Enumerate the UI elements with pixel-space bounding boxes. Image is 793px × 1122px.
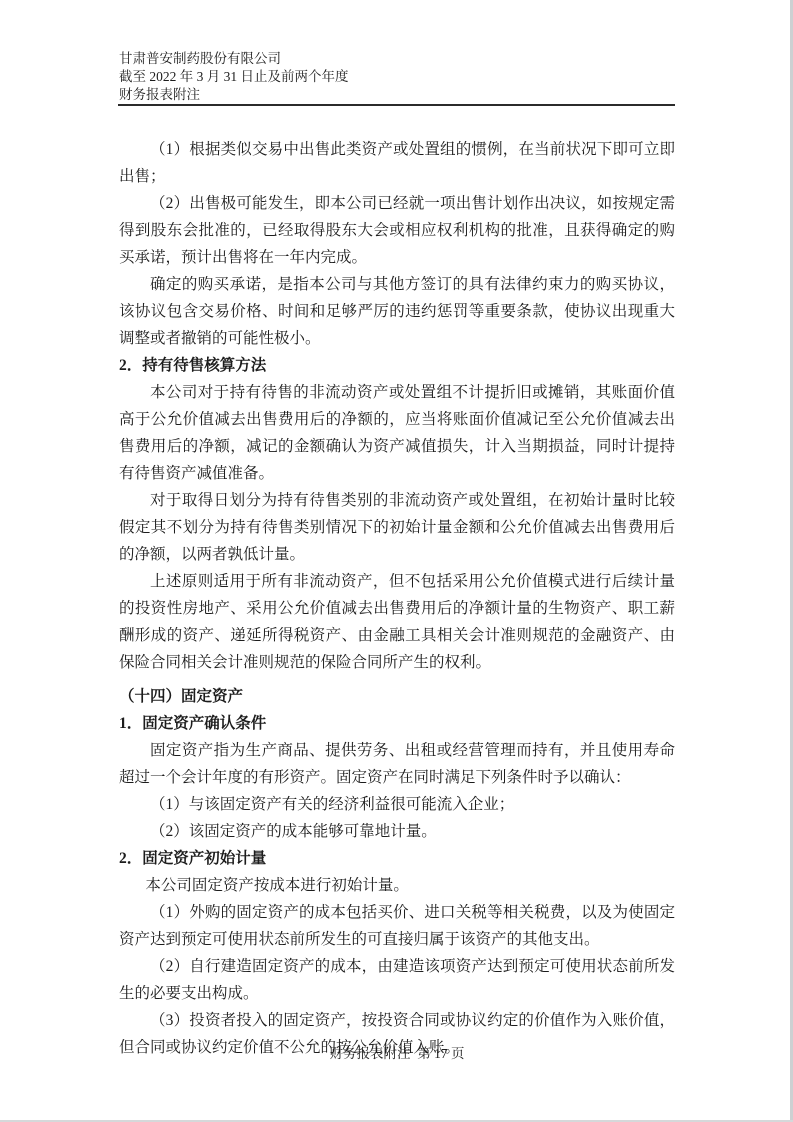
paragraph: 确定的购买承诺，是指本公司与其他方签订的具有法律约束力的购买协议，该协议包含交易… xyxy=(119,271,675,352)
page-footer: 财务报表附注第 17 页 xyxy=(119,1042,675,1062)
paragraph: （1）与该固定资产有关的经济利益很可能流入企业； xyxy=(119,791,675,818)
paragraph: 固定资产指为生产商品、提供劳务、出租或经营管理而持有，并且使用寿命超过一个会计年… xyxy=(119,737,675,791)
header-divider-rule xyxy=(118,104,675,106)
header-doc-title: 财务报表附注 xyxy=(119,86,349,104)
paragraph: 本公司对于持有待售的非流动资产或处置组不计提折旧或摊销，其账面价值高于公允价值减… xyxy=(119,379,675,487)
heading: 2．持有待售核算方法 xyxy=(119,352,675,379)
document-page: 甘肃普安制药股份有限公司 截至 2022 年 3 月 31 日止及前两个年度 财… xyxy=(0,0,793,1122)
paragraph: 本公司固定资产按成本进行初始计量。 xyxy=(119,872,675,899)
paragraph: （2）该固定资产的成本能够可靠地计量。 xyxy=(119,818,675,845)
header-period-line: 截至 2022 年 3 月 31 日止及前两个年度 xyxy=(119,68,349,86)
paragraph: 上述原则适用于所有非流动资产，但不包括采用公允价值模式进行后续计量的投资性房地产… xyxy=(119,568,675,676)
paragraph: （2）出售极可能发生，即本公司已经就一项出售计划作出决议，如按规定需得到股东会批… xyxy=(119,190,675,271)
footer-doc-title: 财务报表附注 xyxy=(330,1046,411,1061)
heading: 1．固定资产确认条件 xyxy=(119,710,675,737)
paragraph: 对于取得日划分为持有待售类别的非流动资产或处置组，在初始计量时比较假定其不划分为… xyxy=(119,487,675,568)
paragraph: （1）根据类似交易中出售此类资产或处置组的惯例，在当前状况下即可立即出售； xyxy=(119,136,675,190)
header-company-name: 甘肃普安制药股份有限公司 xyxy=(119,50,349,68)
heading: 2．固定资产初始计量 xyxy=(119,845,675,872)
paragraph: （2）自行建造固定资产的成本，由建造该项资产达到预定可使用状态前所发生的必要支出… xyxy=(119,953,675,1007)
document-header: 甘肃普安制药股份有限公司 截至 2022 年 3 月 31 日止及前两个年度 财… xyxy=(119,50,349,104)
footer-page-number: 第 17 页 xyxy=(417,1046,464,1061)
document-body: （1）根据类似交易中出售此类资产或处置组的惯例，在当前状况下即可立即出售；（2）… xyxy=(119,136,675,1061)
paragraph: （1）外购的固定资产的成本包括买价、进口关税等相关税费，以及为使固定资产达到预定… xyxy=(119,899,675,953)
heading: （十四）固定资产 xyxy=(119,683,675,710)
